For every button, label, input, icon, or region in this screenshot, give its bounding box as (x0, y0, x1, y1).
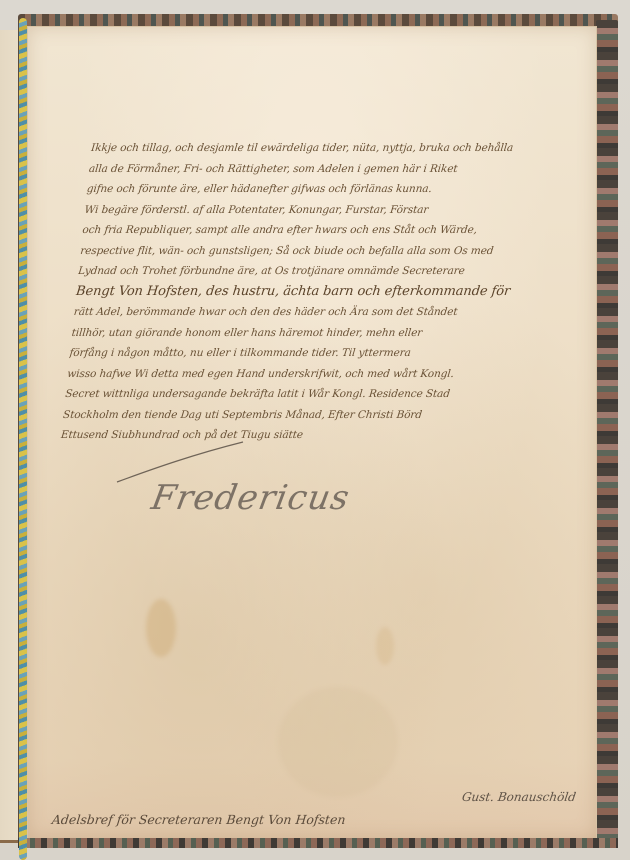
text-line: rätt Adel, berömmande hwar och den des h… (73, 302, 525, 323)
text-line: Wi begäre förderstl. af alla Potentater,… (84, 200, 536, 221)
text-line: Lydnad och Trohet förbundne äre, at Os t… (77, 261, 529, 282)
stain-mark (376, 627, 394, 665)
text-line: Stockholm den tiende Dag uti Septembris … (62, 405, 514, 426)
text-line-name: Bengt Von Hofsten, des hustru, ächta bar… (75, 282, 527, 303)
footer-annotation: Adelsbref för Secreteraren Bengt Von Hof… (51, 812, 346, 827)
marbled-binding-spine-right (596, 20, 618, 842)
text-line: respective flit, wän- och gunstsligen; S… (79, 241, 531, 262)
document-body: Ikkje och tillag, och desjamle til ewärd… (60, 138, 542, 446)
text-line: wisso hafwe Wi detta med egen Hand under… (66, 364, 518, 385)
binding-bottom-edge (18, 838, 618, 848)
braided-cord (19, 18, 27, 860)
text-line: förfång i någon måtto, nu eller i tilkom… (68, 343, 520, 364)
text-line: alla de Förmåner, Fri- och Rättigheter, … (88, 159, 540, 180)
text-line: Secret wittnliga undersagande bekräfta l… (64, 384, 516, 405)
corner-signature: Gust. Bonauschöld (461, 790, 577, 804)
text-line: och fria Republiquer, sampt alle andra e… (81, 220, 533, 241)
text-line: gifne och förunte äre, eller hädanefter … (86, 179, 538, 200)
text-line: Ikkje och tillag, och desjamle til ewärd… (90, 138, 542, 159)
royal-signature: Fredericus (148, 478, 352, 518)
stain-mark (146, 599, 176, 657)
text-line: tillhör, utan giörande honom eller hans … (71, 323, 523, 344)
stain-mark (278, 687, 398, 797)
